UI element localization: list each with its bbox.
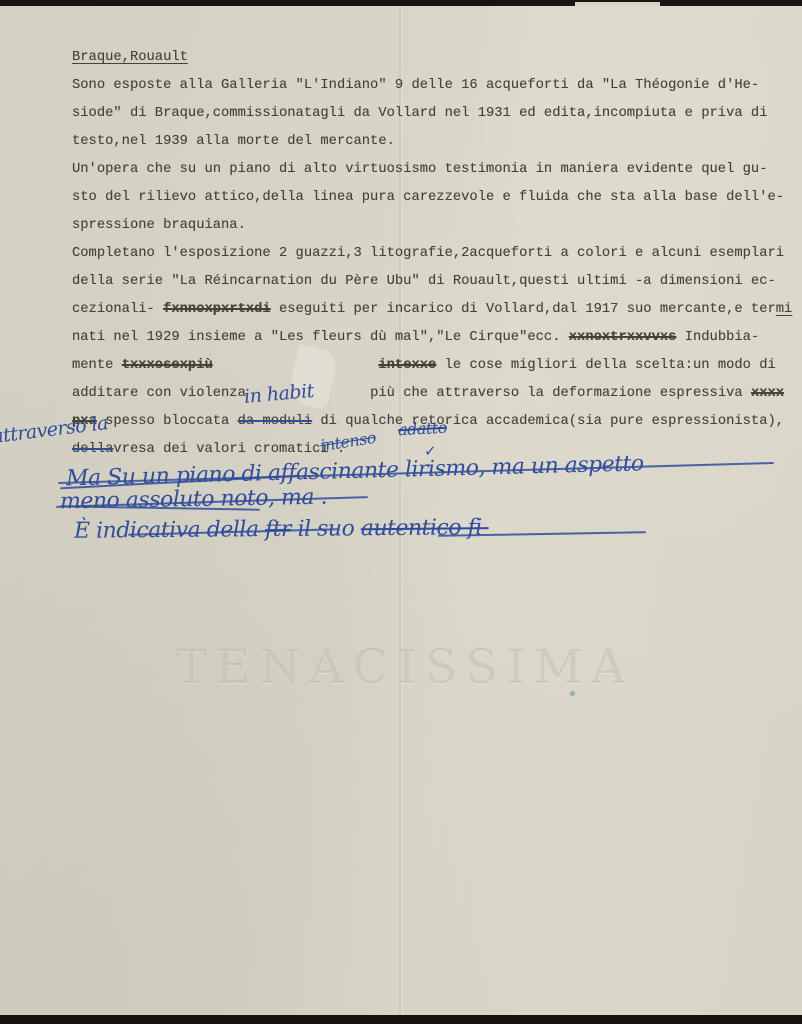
scan-edge-top-gap — [575, 2, 660, 6]
typed-text-segment: Un'opera che su un piano di alto virtuos… — [72, 162, 767, 177]
scan-edge-bottom — [0, 1015, 802, 1024]
typed-text-segment: le cose migliori della scelta:un modo di — [436, 358, 775, 373]
typed-text-segment: resa dei valori cromatici . — [122, 442, 346, 457]
scan-edge-top — [0, 0, 802, 6]
typed-text-segment: Completano l'esposizione 2 guazzi,3 lito… — [72, 246, 784, 261]
typed-obliterated-segment: txxxosexpiù — [122, 358, 213, 373]
handwritten-struck-word-adatto: adatto — [398, 418, 448, 440]
typed-line: spressione braquiana. — [72, 212, 792, 240]
typed-text-segment: sto del rilievo attico,della linea pura … — [72, 190, 784, 205]
typed-line: siode" di Braque,commissionatagli da Vol… — [72, 100, 792, 128]
typed-obliterated-segment: xxxx — [751, 386, 784, 401]
typed-line: Braque,Rouault — [72, 44, 792, 72]
typed-text-segment: siode" di Braque,commissionatagli da Vol… — [72, 106, 767, 121]
typed-text-segment — [213, 358, 379, 373]
typed-obliterated-segment: intexxe — [378, 358, 436, 373]
ink-struck-typed-segment: della — [72, 442, 113, 457]
typed-line: mente txxxosexpiù intexxe le cose miglio… — [72, 352, 792, 380]
typed-text-segment: di qualche retorica accademica(sia pure … — [312, 414, 784, 429]
typed-text-segment: additare con violenza — [72, 386, 246, 401]
typed-line: Sono esposte alla Galleria "L'Indiano" 9… — [72, 72, 792, 100]
hw-line3-part-d: autentico fi- — [361, 515, 489, 541]
typed-line: cezionali- fxnnoxpxrtxdi eseguiti per in… — [72, 296, 792, 324]
typed-text-segment: nati nel 1929 insieme a "Les fleurs dù m… — [72, 330, 569, 345]
typed-text-segment: Indubbia- — [676, 330, 759, 345]
typed-text-segment: più che attraverso la deformazione espre… — [370, 386, 751, 401]
typed-obliterated-segment: fxnnoxpxrtxdi — [163, 302, 271, 317]
typed-line: sto del rilievo attico,della linea pura … — [72, 184, 792, 212]
paper-watermark: TENACISSIMA — [140, 640, 670, 695]
typed-text-segment: v — [113, 442, 121, 457]
scanned-typescript-page: TENACISSIMA Braque,RouaultSono esposte a… — [0, 0, 802, 1024]
typed-text-segment: cezionali- — [72, 302, 163, 317]
typed-line: Completano l'esposizione 2 guazzi,3 lito… — [72, 240, 792, 268]
handwritten-struck-line-3: È indicativa della ftr il suo autentico … — [74, 513, 714, 544]
typed-obliterated-segment: xxnoxtrxxvvxs — [569, 330, 677, 345]
typed-line: testo,nel 1939 alla morte del mercante. — [72, 128, 792, 156]
typed-text-segment: spesso bloccata — [97, 414, 238, 429]
ink-struck-typed-segment: da moduli — [238, 414, 313, 429]
typed-text-block: Braque,RouaultSono esposte alla Galleria… — [72, 44, 792, 464]
ink-speck — [570, 691, 575, 696]
typed-line: Un'opera che su un piano di alto virtuos… — [72, 156, 792, 184]
typed-text-segment: Sono esposte alla Galleria "L'Indiano" 9… — [72, 78, 759, 93]
typed-text-segment: testo,nel 1939 alla morte del mercante. — [72, 134, 395, 149]
typed-text-segment: della serie "La Réincarnation du Père Ub… — [72, 274, 776, 289]
typed-line: nati nel 1929 insieme a "Les fleurs dù m… — [72, 324, 792, 352]
typed-line: additare con violenza più che attraverso… — [72, 380, 792, 408]
typed-text-segment: spressione braquiana. — [72, 218, 246, 233]
typed-line: della serie "La Réincarnation du Père Ub… — [72, 268, 792, 296]
typed-underlined-segment: Braque,Rouault — [72, 50, 188, 65]
typed-text-segment: eseguiti per incarico di Vollard,dal 191… — [271, 302, 776, 317]
typed-underlined-segment: mi — [776, 302, 793, 317]
typed-text-segment: mente — [72, 358, 122, 373]
